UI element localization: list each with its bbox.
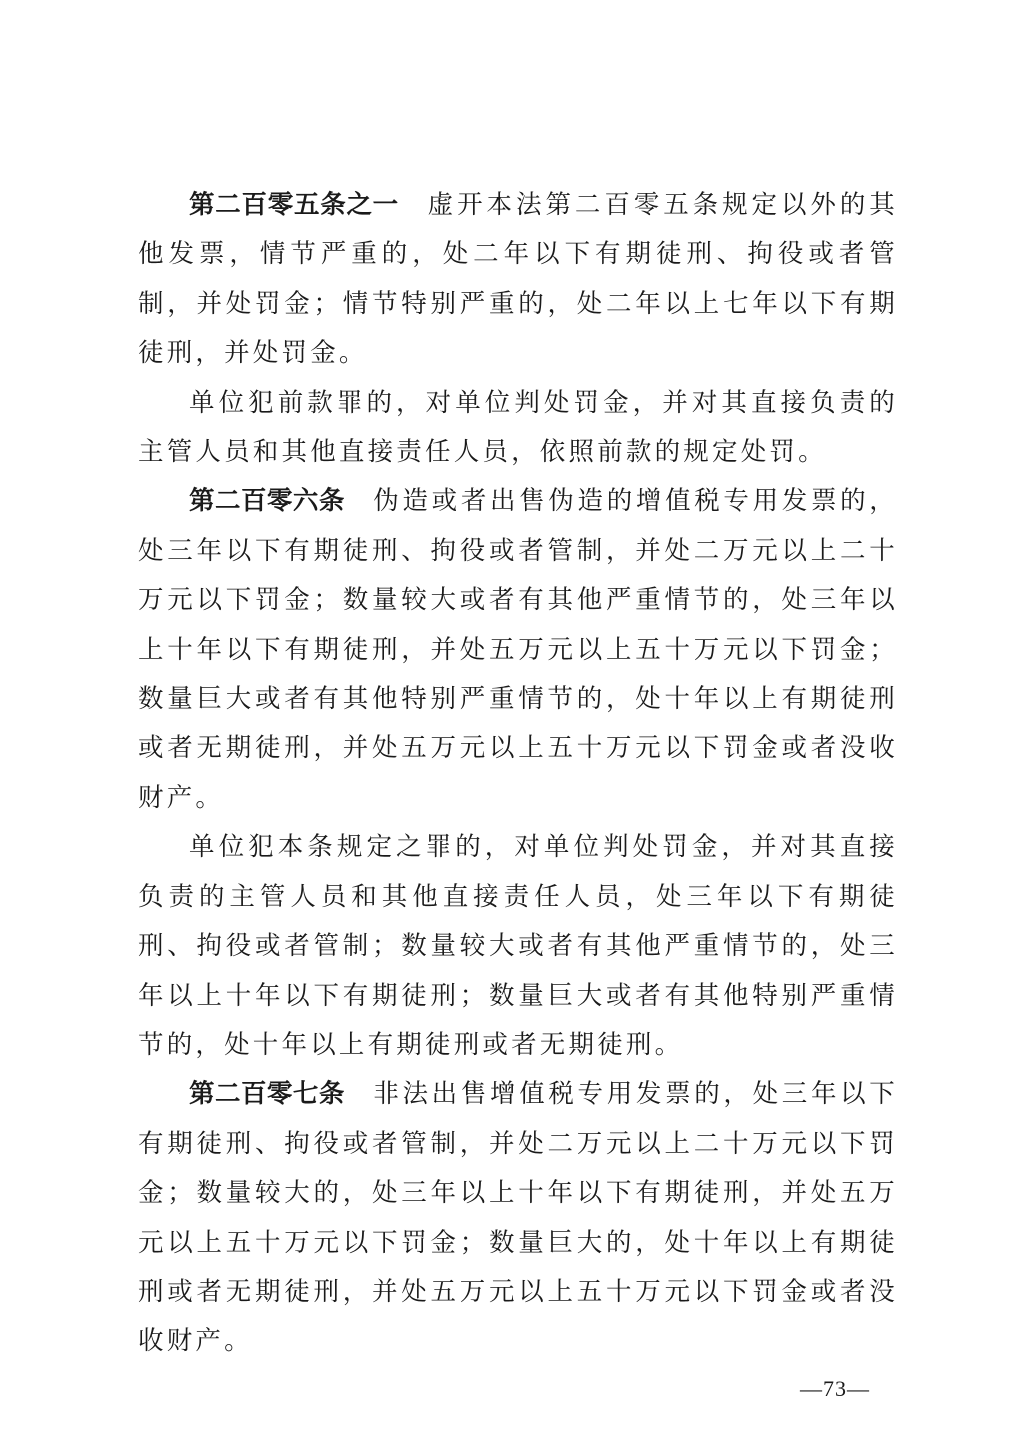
article-heading: 第二百零七条 [189,1079,345,1109]
article-207: 第二百零七条非法出售增值税专用发票的，处三年以下有期徒刑、拘役或者管制，并处二万… [138,1070,898,1366]
article-206-unit-clause: 单位犯本条规定之罪的，对单位判处罚金，并对其直接负责的主管人员和其他直接责任人员… [138,823,898,1070]
article-text: 单位犯前款罪的，对单位判处罚金，并对其直接负责的主管人员和其他直接责任人员，依照… [138,388,898,467]
document-body: 第二百零五条之一虚开本法第二百零五条规定以外的其他发票，情节严重的，处二年以下有… [138,181,898,1367]
article-text: 非法出售增值税专用发票的，处三年以下有期徒刑、拘役或者管制，并处二万元以上二十万… [138,1079,898,1356]
page-number: —73— [800,1376,870,1402]
article-205-1-unit-clause: 单位犯前款罪的，对单位判处罚金，并对其直接负责的主管人员和其他直接责任人员，依照… [138,379,898,478]
article-heading: 第二百零六条 [189,486,345,516]
article-205-1: 第二百零五条之一虚开本法第二百零五条规定以外的其他发票，情节严重的，处二年以下有… [138,181,898,379]
article-206: 第二百零六条伪造或者出售伪造的增值税专用发票的，处三年以下有期徒刑、拘役或者管制… [138,477,898,823]
article-text: 伪造或者出售伪造的增值税专用发票的，处三年以下有期徒刑、拘役或者管制，并处二万元… [138,486,898,812]
article-heading: 第二百零五条之一 [189,190,399,220]
article-text: 单位犯本条规定之罪的，对单位判处罚金，并对其直接负责的主管人员和其他直接责任人员… [138,832,898,1060]
